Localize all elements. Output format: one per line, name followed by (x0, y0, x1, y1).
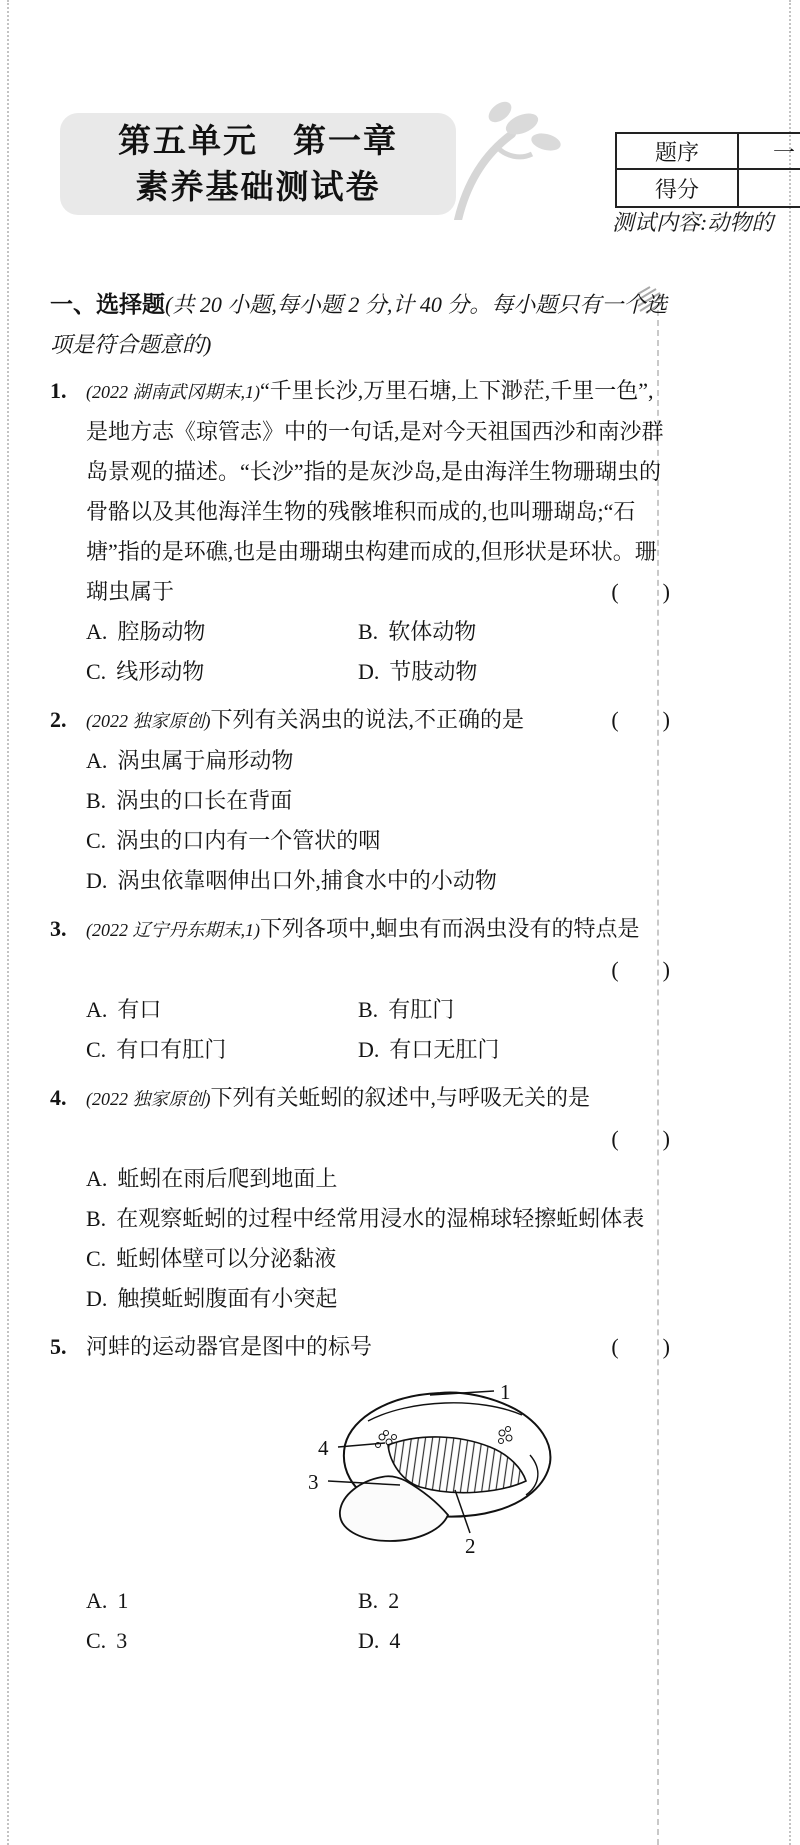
question-3: 3.(2022 辽宁丹东期末,1)下列各项中,蛔虫有而涡虫没有的特点是( ) A… (50, 909, 670, 1070)
question-3-number: 3. (50, 909, 67, 949)
question-4-option-c: C.蚯蚓体壁可以分泌黏液 (86, 1239, 670, 1279)
question-3-option-b: B.有肛门 (358, 990, 670, 1030)
option-text: 线形动物 (116, 659, 204, 684)
option-label: D. (358, 1628, 379, 1653)
question-3-options: A.有口 B.有肛门 C.有口有肛门 D.有口无肛门 (50, 990, 670, 1070)
option-text: 2 (388, 1588, 399, 1613)
question-1-source: (2022 湖南武冈期末,1) (86, 382, 260, 402)
option-label: C. (86, 1037, 106, 1062)
question-1-option-c: C.线形动物 (86, 652, 358, 692)
option-text: 有肛门 (388, 997, 454, 1022)
question-5: 5.河蚌的运动器官是图中的标号( ) (50, 1327, 670, 1661)
question-4-option-d: D.触摸蚯蚓腹面有小突起 (86, 1279, 670, 1319)
option-label: B. (358, 1588, 378, 1613)
question-5-option-a: A.1 (86, 1581, 358, 1621)
question-2: 2.(2022 独家原创)下列有关涡虫的说法,不正确的是( ) A.涡虫属于扁形… (50, 700, 670, 901)
question-5-answer-bracket: ( ) (611, 1327, 670, 1367)
option-text: 在观察蚯蚓的过程中经常用浸水的湿棉球轻擦蚯蚓体表 (116, 1206, 644, 1231)
option-label: A. (86, 619, 107, 644)
option-label: A. (86, 748, 107, 773)
figure-label-3: 3 (308, 1470, 319, 1494)
option-text: 涡虫的口内有一个管状的咽 (116, 828, 380, 853)
question-2-option-b: B.涡虫的口长在背面 (86, 781, 670, 821)
test-content-note: 测试内容:动物的 (612, 206, 800, 237)
question-2-source: (2022 独家原创) (86, 711, 211, 731)
option-label: C. (86, 659, 106, 684)
question-2-stem-line: 2.(2022 独家原创)下列有关涡虫的说法,不正确的是( ) (50, 700, 670, 741)
question-4-answer-bracket: ( ) (86, 1119, 670, 1159)
option-label: C. (86, 1246, 106, 1271)
question-2-option-d: D.涡虫依靠咽伸出口外,捕食水中的小动物 (86, 861, 670, 901)
option-label: A. (86, 1166, 107, 1191)
question-3-stem-line: 3.(2022 辽宁丹东期末,1)下列各项中,蛔虫有而涡虫没有的特点是( ) (50, 909, 670, 990)
option-label: B. (358, 997, 378, 1022)
question-3-option-a: A.有口 (86, 990, 358, 1030)
option-text: 4 (389, 1628, 400, 1653)
option-label: A. (86, 1588, 107, 1613)
question-3-answer-bracket: ( ) (86, 950, 670, 990)
question-1-stem-line: 1.(2022 湖南武冈期末,1)“千里长沙,万里石塘,上下渺茫,千里一色”,是… (50, 371, 670, 612)
question-5-options: A.1 B.2 C.3 D.4 (50, 1581, 670, 1661)
question-1-option-b: B.软体动物 (358, 612, 670, 652)
option-text: 涡虫的口长在背面 (116, 788, 292, 813)
question-3-stem: 下列各项中,蛔虫有而涡虫没有的特点是 (260, 916, 640, 941)
question-3-option-d: D.有口无肛门 (358, 1030, 670, 1070)
question-1-number: 1. (50, 371, 67, 411)
score-table-row2-label: 得分 (617, 170, 739, 206)
score-table: 题序 一 得分 (615, 132, 800, 208)
left-trim-line (7, 0, 9, 1845)
question-2-options: A.涡虫属于扁形动物 B.涡虫的口长在背面 C.涡虫的口内有一个管状的咽 D.涡… (50, 741, 670, 901)
question-5-stem-line: 5.河蚌的运动器官是图中的标号( ) (50, 1327, 670, 1367)
question-5-number: 5. (50, 1327, 67, 1367)
question-5-option-c: C.3 (86, 1621, 358, 1661)
question-4-options: A.蚯蚓在雨后爬到地面上 B.在观察蚯蚓的过程中经常用浸水的湿棉球轻擦蚯蚓体表 … (50, 1159, 670, 1319)
mussel-figure: 1 4 3 2 (290, 1375, 590, 1571)
tree-decoration (436, 90, 588, 220)
question-5-option-d: D.4 (358, 1621, 670, 1661)
figure-label-1: 1 (500, 1380, 511, 1404)
option-text: 蚯蚓在雨后爬到地面上 (117, 1166, 337, 1191)
paper-title-box: 第五单元 第一章 素养基础测试卷 (60, 113, 456, 215)
question-5-option-b: B.2 (358, 1581, 670, 1621)
option-text: 有口无肛门 (389, 1037, 499, 1062)
option-label: B. (86, 1206, 106, 1231)
question-2-stem: 下列有关涡虫的说法,不正确的是 (211, 707, 525, 732)
question-4-option-a: A.蚯蚓在雨后爬到地面上 (86, 1159, 670, 1199)
section-heading: 一、选择题(共 20 小题,每小题 2 分,计 40 分。每小题只有一个选项是符… (50, 284, 670, 365)
question-3-option-c: C.有口有肛门 (86, 1030, 358, 1070)
option-text: 1 (117, 1588, 128, 1613)
option-label: C. (86, 828, 106, 853)
paper-title-line2: 素养基础测试卷 (136, 164, 381, 210)
option-label: D. (86, 868, 107, 893)
question-4-option-b: B.在观察蚯蚓的过程中经常用浸水的湿棉球轻擦蚯蚓体表 (86, 1199, 670, 1239)
paper-title-line1: 第五单元 第一章 (118, 118, 398, 164)
question-1: 1.(2022 湖南武冈期末,1)“千里长沙,万里石塘,上下渺茫,千里一色”,是… (50, 371, 670, 692)
right-trim-line (789, 0, 791, 1845)
question-1-options: A.腔肠动物 B.软体动物 C.线形动物 D.节肢动物 (50, 612, 670, 692)
section-title: 一、选择题 (50, 291, 165, 317)
option-text: 涡虫属于扁形动物 (117, 748, 293, 773)
option-text: 有口有肛门 (116, 1037, 226, 1062)
option-label: D. (358, 1037, 379, 1062)
option-text: 蚯蚓体壁可以分泌黏液 (116, 1246, 336, 1271)
option-text: 软体动物 (388, 619, 476, 644)
question-4-number: 4. (50, 1078, 67, 1118)
question-2-option-c: C.涡虫的口内有一个管状的咽 (86, 821, 670, 861)
question-4-source: (2022 独家原创) (86, 1089, 211, 1109)
option-label: C. (86, 1628, 106, 1653)
score-table-row2-value (739, 170, 800, 206)
option-label: D. (86, 1286, 107, 1311)
question-4: 4.(2022 独家原创)下列有关蚯蚓的叙述中,与呼吸无关的是( ) A.蚯蚓在… (50, 1078, 670, 1319)
score-table-row1-label: 题序 (617, 134, 739, 170)
question-2-answer-bracket: ( ) (611, 700, 670, 740)
option-label: D. (358, 659, 379, 684)
question-section: 一、选择题(共 20 小题,每小题 2 分,计 40 分。每小题只有一个选项是符… (50, 284, 670, 1669)
question-2-option-a: A.涡虫属于扁形动物 (86, 741, 670, 781)
option-label: B. (86, 788, 106, 813)
option-label: B. (358, 619, 378, 644)
option-text: 腔肠动物 (117, 619, 205, 644)
question-2-number: 2. (50, 700, 67, 740)
question-1-option-d: D.节肢动物 (358, 652, 670, 692)
question-4-stem: 下列有关蚯蚓的叙述中,与呼吸无关的是 (211, 1085, 591, 1110)
question-5-stem: 河蚌的运动器官是图中的标号 (86, 1334, 372, 1359)
figure-label-2: 2 (465, 1534, 476, 1558)
option-text: 有口 (117, 997, 161, 1022)
option-text: 节肢动物 (389, 659, 477, 684)
score-table-row1-value: 一 (739, 134, 800, 170)
figure-label-4: 4 (318, 1436, 329, 1460)
option-text: 触摸蚯蚓腹面有小突起 (117, 1286, 337, 1311)
test-paper-page: 第五单元 第一章 素养基础测试卷 题序 一 得分 测试内容:动物的 一、选择题(… (0, 0, 800, 1845)
option-text: 3 (116, 1628, 127, 1653)
question-1-stem: “千里长沙,万里石塘,上下渺茫,千里一色”,是地方志《琼管志》中的一句话,是对今… (86, 378, 664, 604)
question-4-stem-line: 4.(2022 独家原创)下列有关蚯蚓的叙述中,与呼吸无关的是( ) (50, 1078, 670, 1159)
question-3-source: (2022 辽宁丹东期末,1) (86, 920, 260, 940)
question-1-option-a: A.腔肠动物 (86, 612, 358, 652)
option-text: 涡虫依靠咽伸出口外,捕食水中的小动物 (117, 868, 497, 893)
question-1-answer-bracket: ( ) (611, 572, 670, 612)
option-label: A. (86, 997, 107, 1022)
